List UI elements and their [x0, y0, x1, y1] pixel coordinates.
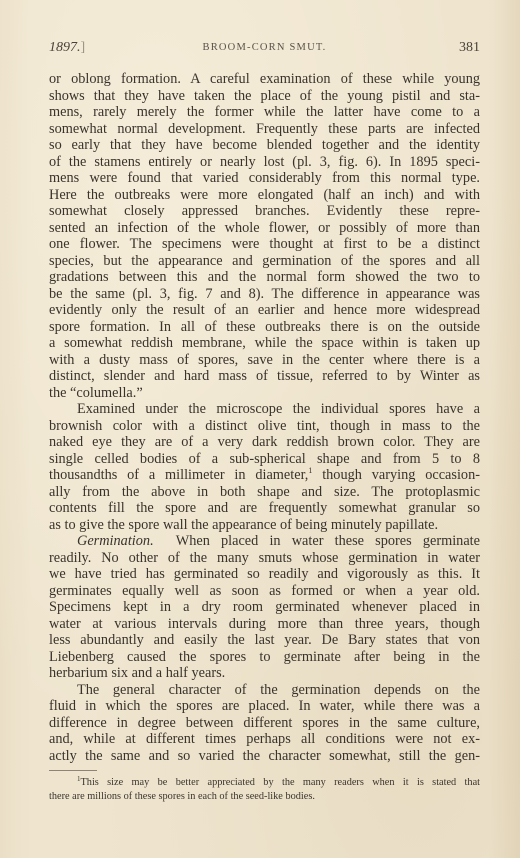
text-line: brownish color with a distinct olive tin…: [49, 418, 480, 435]
text-line: actly the same and so varied the charact…: [49, 748, 480, 765]
text-line-paragraph-end: as to give the spore wall the appearance…: [49, 517, 480, 534]
text-line: less abundantly and easily the last year…: [49, 632, 480, 649]
text-line: ally from the above in both shape and si…: [49, 484, 480, 501]
section-heading-germination: Germination.: [77, 533, 154, 549]
text-line: spore formation. In all of these outbrea…: [49, 319, 480, 336]
text-line: distinct, slender and hard mass of tissu…: [49, 368, 480, 385]
text-line: mens, rarely merely the former while the…: [49, 104, 480, 121]
book-page: 1897.] BROOM-CORN SMUT. 381 or oblong fo…: [49, 40, 480, 804]
text-line-paragraph-start: Examined under the microscope the indivi…: [49, 401, 480, 418]
running-head-title: BROOM-CORN SMUT.: [49, 42, 480, 53]
text-line: or oblong formation. A careful examinati…: [49, 71, 480, 88]
text-line: germinates equally well as soon as forme…: [49, 583, 480, 600]
text-line: Specimens kept in a dry room germinated …: [49, 599, 480, 616]
page-number: 381: [459, 40, 480, 56]
text-line: shows that they have taken the place of …: [49, 88, 480, 105]
running-head: 1897.] BROOM-CORN SMUT. 381: [49, 40, 480, 60]
text-line: difference in degree between different s…: [49, 715, 480, 732]
footnote-reference: 1: [308, 466, 312, 475]
text-line: so early that they have become blended t…: [49, 137, 480, 154]
text-line: be the same (pl. 3, fig. 7 and 8). The d…: [49, 286, 480, 303]
text-line: naked eye they are of a very dark reddis…: [49, 434, 480, 451]
text-line: water at various intervals during more t…: [49, 616, 480, 633]
text-line: readily. No other of the many smuts whos…: [49, 550, 480, 567]
footnote-divider: [49, 770, 97, 771]
text-line: fluid in which the spores are placed. In…: [49, 698, 480, 715]
text-line: evidently only the result of an earlier …: [49, 302, 480, 319]
text-line-with-footnote: thousandths of a millimeter in diameter,…: [49, 467, 480, 484]
text-line: one flower. The specimens were thought a…: [49, 236, 480, 253]
text-line: gradations between this and the normal f…: [49, 269, 480, 286]
text-line: with a dusty mass of spores, save in the…: [49, 352, 480, 369]
text-line-paragraph-start: Germination. When placed in water these …: [49, 533, 480, 550]
text-line: contents fill the spore and are frequent…: [49, 500, 480, 517]
text-line: Liebenberg caused the spores to germinat…: [49, 649, 480, 666]
text-line: sented an infection of the whole flower,…: [49, 220, 480, 237]
footnote-line: 1This size may be better appreciated by …: [49, 776, 480, 790]
text-line: Here the outbreaks were more elongated (…: [49, 187, 480, 204]
footnote-line: there are millions of these spores in ea…: [49, 790, 480, 804]
text-line: mens were found that varied considerably…: [49, 170, 480, 187]
text-line: we have tried has germinated so readily …: [49, 566, 480, 583]
text-line: and, while at different times perhaps al…: [49, 731, 480, 748]
text-line: of the stamens entirely or nearly lost (…: [49, 154, 480, 171]
text-line: somewhat closely appressed branches. Evi…: [49, 203, 480, 220]
text-line: a somewhat reddish membrane, while the s…: [49, 335, 480, 352]
text-line-paragraph-end: the “columella.”: [49, 385, 480, 402]
text-line: species, but the appearance and germinat…: [49, 253, 480, 270]
text-line: single celled bodies of a sub-spherical …: [49, 451, 480, 468]
footnote: 1This size may be better appreciated by …: [49, 776, 480, 804]
text-line-paragraph-start: The general character of the germination…: [49, 682, 480, 699]
text-line: somewhat normal development. Frequently …: [49, 121, 480, 138]
text-line-paragraph-end: herbarium six and a half years.: [49, 665, 480, 682]
body-text: or oblong formation. A careful examinati…: [49, 71, 480, 764]
